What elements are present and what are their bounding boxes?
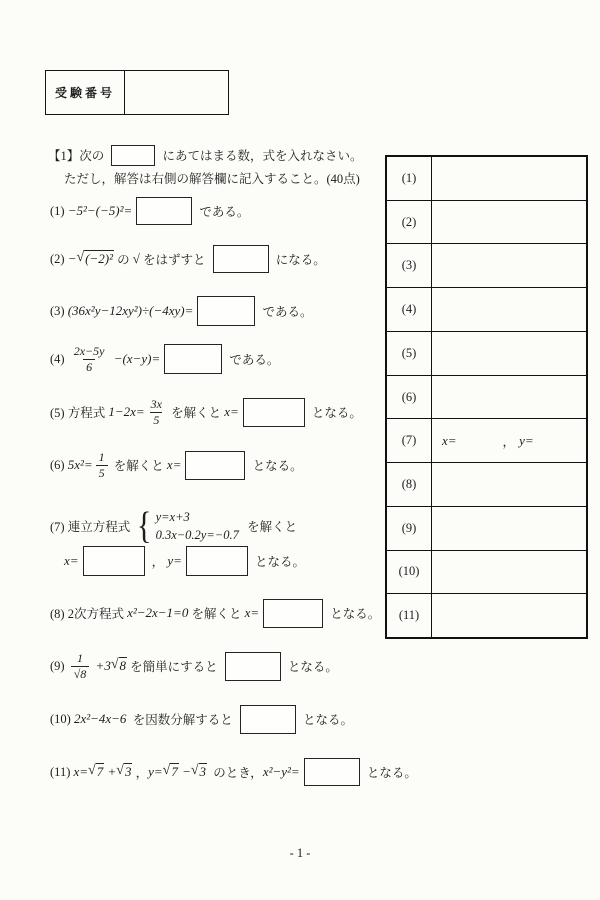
text: (5) 方程式	[50, 403, 108, 421]
answer-row-cell	[432, 201, 586, 244]
text: となる。	[285, 657, 338, 675]
examinee-number-value-cell	[125, 71, 228, 114]
answer-row-cell	[432, 507, 586, 550]
math-expression: 5x²=	[68, 457, 93, 473]
text: となる。	[252, 552, 305, 570]
answer-row-2: (2)	[387, 201, 586, 245]
answer-blank-box	[136, 197, 192, 225]
answer-row-11: (11)	[387, 594, 586, 637]
radicand: 3	[199, 763, 208, 780]
brace-icon: {	[137, 510, 152, 542]
problem-1-line-1: (1) −5²−(−5)²= である。	[50, 196, 249, 226]
equation-system-lines: y=x+30.3x−0.2y=−0.7	[156, 509, 239, 544]
math-expression: √	[133, 251, 140, 267]
text: ただし，解答は右側の解答欄に記入すること。(40点)	[64, 169, 360, 187]
radical-sign-icon: √	[116, 763, 124, 779]
math-expression: y=	[519, 433, 534, 449]
answer-row-4: (4)	[387, 288, 586, 332]
answer-blank-box	[240, 705, 296, 734]
math-expression: (36x²y−12xy²)÷(−4xy)=	[68, 303, 194, 319]
answer-row-1: (1)	[387, 157, 586, 201]
math-expression: −	[68, 251, 77, 267]
text: である。	[259, 302, 312, 320]
text: (4)	[50, 352, 68, 367]
text: (1)	[50, 204, 68, 219]
text: となる。	[309, 403, 362, 421]
examinee-number-box: 受験番号	[45, 70, 229, 115]
text: ，	[132, 763, 148, 781]
fraction-numerator: 1	[96, 450, 108, 464]
answer-blank-box	[164, 344, 222, 374]
answer-row-label: (3)	[387, 244, 432, 287]
text: ，	[149, 552, 168, 570]
problem-7-line-2: x= ， y= となる。	[64, 546, 305, 576]
answer-row-9: (9)	[387, 507, 586, 551]
fraction-denominator: √8	[71, 666, 90, 681]
radical-sign-icon: √	[111, 657, 119, 673]
text: を簡単にすると	[127, 657, 221, 675]
sqrt-expression: √7	[163, 763, 179, 780]
math-expression: x=	[167, 457, 182, 473]
answer-blank-box	[263, 599, 323, 628]
radical-sign-icon: √	[88, 763, 96, 779]
answer-row-label: (2)	[387, 201, 432, 244]
answer-row-cell	[432, 551, 586, 594]
radicand: 3	[124, 763, 133, 780]
math-expression: 2x²−4x−6	[74, 711, 126, 727]
page-number: - 1 -	[0, 846, 600, 861]
math-expression: +3	[92, 658, 111, 674]
text: の	[114, 250, 133, 268]
text: になる。	[273, 250, 326, 268]
answer-row-label: (6)	[387, 376, 432, 419]
answer-row-cell	[432, 288, 586, 331]
answer-blank-box	[213, 245, 269, 273]
exam-page: 受験番号 【1】次の にあてはまる数，式を入れなさい。ただし，解答は右側の解答欄…	[0, 0, 600, 900]
problem-8-line-1: (8) 2次方程式 x²−2x−1=0 を解くと x= となる。	[50, 598, 380, 628]
answer-row-label: (9)	[387, 507, 432, 550]
math-expression: x²−y²=	[263, 764, 300, 780]
answer-row-label: (8)	[387, 463, 432, 506]
text: を因数分解すると	[126, 710, 235, 728]
answer-row-7: (7)x=，y=	[387, 419, 586, 463]
text: となる。	[327, 604, 380, 622]
text: 【1】次の	[48, 146, 107, 164]
fraction: 3x5	[148, 397, 165, 427]
text: をはずすと	[140, 250, 209, 268]
problem-4-line-1: (4) 2x−5y6 −(x−y)= である。	[50, 339, 279, 379]
radical-sign-icon: √	[163, 763, 171, 779]
text: (2)	[50, 252, 68, 267]
text: となる。	[364, 763, 417, 781]
answer-row-6: (6)	[387, 376, 586, 420]
math-expression: x=	[245, 605, 260, 621]
radical-sign-icon: √	[76, 250, 84, 266]
fraction-denominator: 5	[150, 412, 162, 427]
text: を解くと	[111, 456, 167, 474]
problem-9-line-1: (9) 1√8 +3√8 を簡単にすると となる。	[50, 645, 338, 687]
math-expression: 1−2x=	[108, 404, 144, 420]
text: である。	[196, 202, 249, 220]
math-expression: −(x−y)=	[110, 351, 160, 367]
answer-row-cell	[432, 463, 586, 506]
answer-blank-box	[304, 758, 360, 786]
sqrt-expression: √3	[191, 763, 207, 780]
fraction-denominator: 6	[83, 359, 95, 374]
fraction-denominator: 5	[96, 465, 108, 480]
heading-line-2: ただし，解答は右側の解答欄に記入すること。(40点)	[64, 163, 360, 193]
answer-table: (1)(2)(3)(4)(5)(6)(7)x=，y=(8)(9)(10)(11)	[385, 155, 588, 639]
math-expression: x=	[224, 404, 239, 420]
answer-row-cell	[432, 376, 586, 419]
problem-3-line-1: (3) (36x²y−12xy²)÷(−4xy)= である。	[50, 296, 313, 326]
problem-7-line-1: (7) 連立方程式 {y=x+30.3x−0.2y=−0.7 を解くと	[50, 502, 297, 550]
sqrt-expression: √3	[116, 763, 132, 780]
examinee-number-label: 受験番号	[46, 71, 125, 114]
radicand: 7	[170, 763, 179, 780]
text: となる。	[249, 456, 302, 474]
answer-row-3: (3)	[387, 244, 586, 288]
text: (11)	[50, 765, 74, 780]
fraction-numerator: 2x−5y	[71, 344, 108, 358]
problem-10-line-1: (10) 2x²−4x−6 を因数分解すると となる。	[50, 704, 353, 734]
math-expression: +	[104, 764, 116, 780]
equation-system: {y=x+30.3x−0.2y=−0.7	[135, 509, 239, 544]
problem-2-line-1: (2) −√(−2)² の √ をはずすと になる。	[50, 244, 326, 274]
answer-blank-box	[185, 451, 245, 480]
text: のとき，	[207, 763, 263, 781]
math-expression: y=	[167, 553, 182, 569]
fraction: 15	[96, 450, 108, 480]
text: (10)	[50, 712, 74, 727]
answer-blank-box	[186, 546, 248, 576]
answer-blank-box	[83, 546, 145, 576]
answer-row-5: (5)	[387, 332, 586, 376]
math-expression: y=	[148, 764, 163, 780]
text: にあてはまる数，式を入れなさい。	[159, 146, 362, 164]
problem-5-line-1: (5) 方程式 1−2x=3x5 を解くと x= となる。	[50, 392, 362, 432]
answer-row-label: (1)	[387, 157, 432, 200]
math-expression: x²−2x−1=0	[127, 605, 188, 621]
answer-row-label: (11)	[387, 594, 432, 637]
equation-line: 0.3x−0.2y=−0.7	[156, 527, 239, 544]
math-expression: x=	[64, 553, 79, 569]
answer-blank-box	[243, 398, 305, 427]
answer-row-cell	[432, 594, 586, 637]
math-expression: −5²−(−5)²=	[68, 203, 133, 219]
text: を解くと	[241, 517, 297, 535]
fraction: 2x−5y6	[71, 344, 108, 374]
text: (8) 2次方程式	[50, 604, 127, 622]
radical-sign-icon: √	[191, 763, 199, 779]
answer-row-cell	[432, 244, 586, 287]
answer-row-label: (5)	[387, 332, 432, 375]
answer-blank-box	[225, 652, 281, 681]
text: を解くと	[168, 403, 224, 421]
text: となる。	[300, 710, 353, 728]
radicand: (−2)²	[84, 250, 114, 267]
math-expression: −	[179, 764, 191, 780]
answer-blank-box	[197, 296, 255, 326]
radicand: 7	[96, 763, 105, 780]
text: (3)	[50, 304, 68, 319]
answer-row-label: (4)	[387, 288, 432, 331]
fraction-numerator: 3x	[148, 397, 165, 411]
text: を解くと	[188, 604, 244, 622]
answer-row-10: (10)	[387, 551, 586, 595]
text: (6)	[50, 458, 68, 473]
answer-row-label: (10)	[387, 551, 432, 594]
problem-6-line-1: (6) 5x²=15 を解くと x= となる。	[50, 445, 303, 485]
answer-row-8: (8)	[387, 463, 586, 507]
sqrt-expression: √8	[111, 657, 127, 674]
answer-row-cell	[432, 332, 586, 375]
sqrt-expression: √(−2)²	[76, 250, 114, 267]
text: (7) 連立方程式	[50, 517, 133, 535]
fraction: 1√8	[71, 651, 90, 681]
radicand: 8	[119, 657, 128, 674]
answer-row-cell	[432, 157, 586, 200]
sqrt-expression: √7	[88, 763, 104, 780]
text: (9)	[50, 659, 68, 674]
problem-11-line-1: (11) x=√7 +√3 ，y=√7 −√3 のとき，x²−y²= となる。	[50, 757, 417, 787]
math-expression: x=	[442, 433, 457, 449]
text: ，	[503, 432, 516, 450]
answer-row-label: (7)	[387, 419, 432, 462]
fraction-numerator: 1	[74, 651, 86, 665]
text: である。	[226, 350, 279, 368]
answer-row-cell: x=，y=	[432, 419, 586, 462]
math-expression: x=	[74, 764, 89, 780]
equation-line: y=x+3	[156, 509, 239, 526]
